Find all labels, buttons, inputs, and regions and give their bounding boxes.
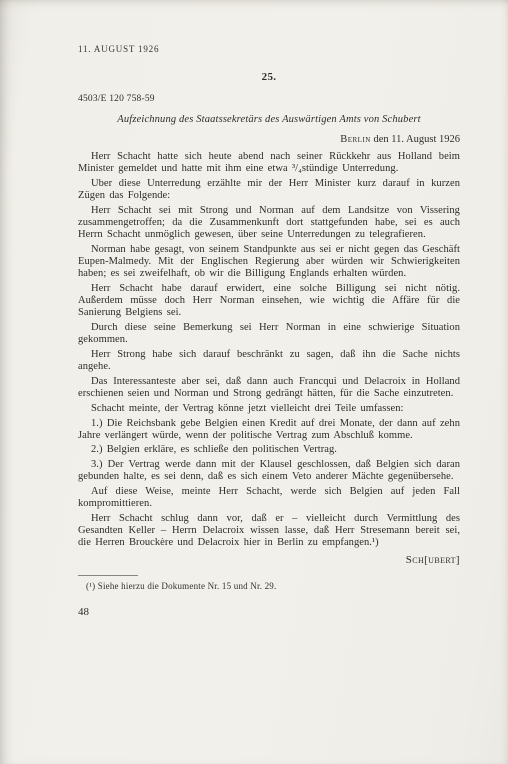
signature: Sch[ubert] bbox=[78, 554, 460, 566]
dateline: Berlin den 11. August 1926 bbox=[78, 134, 460, 145]
document-body: Herr Schacht hatte sich heute abend nach… bbox=[78, 151, 460, 550]
footnote-separator bbox=[78, 575, 138, 576]
footnote: (¹) Siehe hierzu die Dokumente Nr. 15 un… bbox=[78, 581, 460, 591]
running-header: 11. AUGUST 1926 bbox=[78, 44, 460, 54]
paragraph: Herr Schacht hatte sich heute abend nach… bbox=[78, 151, 460, 175]
book-page: 11. AUGUST 1926 25. 4503/E 120 758-59 Au… bbox=[0, 0, 508, 764]
paragraph: Herr Schacht schlug dann vor, daß er – v… bbox=[78, 513, 460, 550]
paragraph: 1.) Die Reichsbank gebe Belgien einen Kr… bbox=[78, 418, 460, 442]
paragraph: 2.) Belgien erkläre, es schließe den pol… bbox=[78, 444, 460, 456]
paragraph: Herr Schacht sei mit Strong und Norman a… bbox=[78, 205, 460, 242]
paragraph: Herr Schacht habe darauf erwidert, eine … bbox=[78, 283, 460, 320]
paragraph: Uber diese Unterredung erzählte mir der … bbox=[78, 178, 460, 202]
dateline-place: Berlin bbox=[340, 134, 371, 145]
archive-reference: 4503/E 120 758-59 bbox=[78, 94, 460, 104]
paragraph: Auf diese Weise, meinte Herr Schacht, we… bbox=[78, 486, 460, 510]
paragraph: Herr Strong habe sich darauf beschränkt … bbox=[78, 349, 460, 373]
paragraph: Norman habe gesagt, von seinem Standpunk… bbox=[78, 244, 460, 281]
document-number: 25. bbox=[78, 71, 460, 83]
paragraph: Das Interessanteste aber sei, daß dann a… bbox=[78, 376, 460, 400]
paragraph: Durch diese seine Bemerkung sei Herr Nor… bbox=[78, 322, 460, 346]
dateline-date: den 11. August 1926 bbox=[371, 134, 460, 145]
paragraph: Schacht meinte, der Vertrag könne jetzt … bbox=[78, 403, 460, 415]
paragraph: 3.) Der Vertrag werde dann mit der Klaus… bbox=[78, 459, 460, 483]
document-title: Aufzeichnung des Staatssekretärs des Aus… bbox=[78, 114, 460, 125]
page-number: 48 bbox=[78, 606, 460, 618]
